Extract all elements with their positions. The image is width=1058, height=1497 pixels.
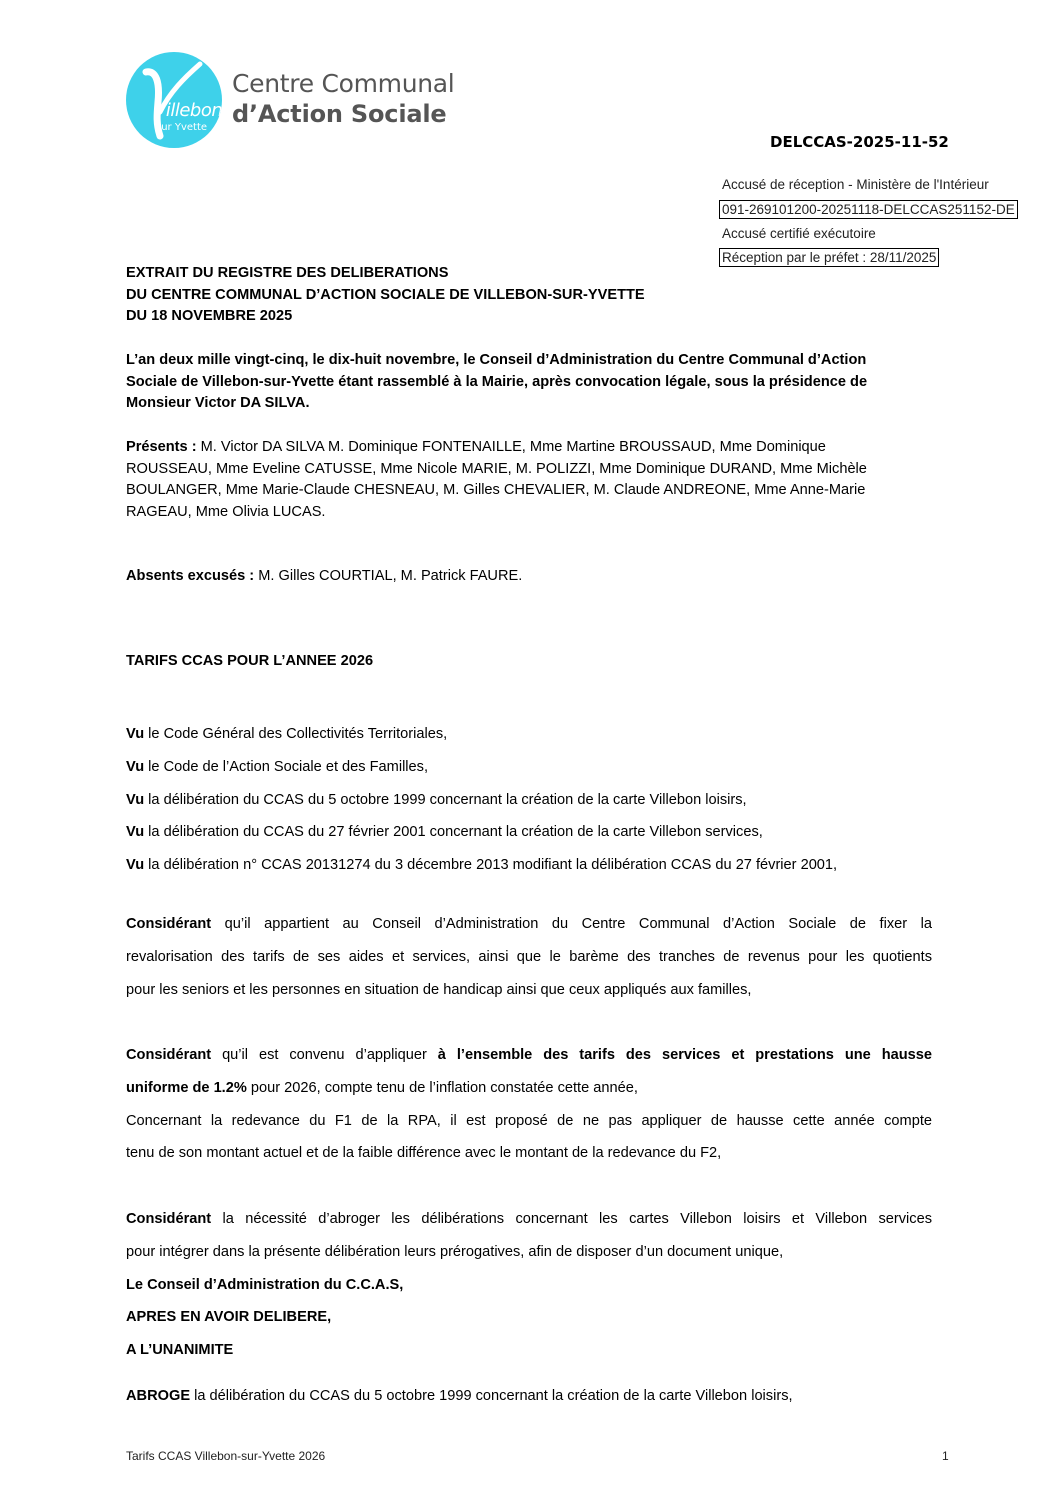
deliberation-reference: DELCCAS-2025-11-52	[770, 133, 949, 151]
abroge-article: ABROGE la délibération du CCAS du 5 octo…	[126, 1388, 932, 1404]
presents-text: ROUSSEAU, Mme Eveline CATUSSE, Mme Nicol…	[126, 459, 932, 481]
stamp-receipt-id: 091-269101200-20251118-DELCCAS251152-DE	[719, 200, 1018, 219]
presents-text: BOULANGER, Mme Marie-Claude CHESNEAU, M.…	[126, 480, 932, 502]
considerant-paragraph: Considérant la nécessité d’abroger les d…	[126, 1203, 932, 1367]
document-heading: EXTRAIT DU REGISTRE DES DELIBERATIONS DU…	[126, 263, 932, 328]
logo-town-subtitle: sur Yvette	[156, 122, 207, 133]
presents-label: Présents :	[126, 439, 197, 455]
presents-text: RAGEAU, Mme Olivia LUCAS.	[126, 502, 932, 524]
attendees-absent: Absents excusés : M. Gilles COURTIAL, M.…	[126, 566, 932, 588]
logo-town-name: Villebon	[154, 100, 222, 121]
absents-text: M. Gilles COURTIAL, M. Patrick FAURE.	[254, 568, 522, 584]
legal-references: Vu le Code Général des Collectivités Ter…	[126, 718, 932, 882]
legal-reference-item: Vu la délibération n° CCAS 20131274 du 3…	[126, 849, 932, 882]
absents-label: Absents excusés :	[126, 568, 254, 584]
legal-reference-item: Vu la délibération du CCAS du 27 février…	[126, 816, 932, 849]
legal-reference-item: Vu le Code Général des Collectivités Ter…	[126, 718, 932, 751]
org-name-line2: d’Action Sociale	[232, 100, 446, 128]
legal-reference-item: Vu la délibération du CCAS du 5 octobre …	[126, 784, 932, 817]
decision-line: APRES EN AVOIR DELIBERE,	[126, 1301, 932, 1334]
stamp-certified-label: Accusé certifié exécutoire	[722, 226, 876, 241]
heading-line: EXTRAIT DU REGISTRE DES DELIBERATIONS	[126, 263, 932, 285]
abroge-label: ABROGE	[126, 1388, 190, 1404]
subject-title: TARIFS CCAS POUR L’ANNEE 2026	[126, 653, 932, 669]
presents-text: M. Victor DA SILVA M. Dominique FONTENAI…	[197, 439, 826, 455]
org-name-line1: Centre Communal	[232, 69, 454, 98]
legal-reference-item: Vu le Code de l’Action Sociale et des Fa…	[126, 751, 932, 784]
page-footer: Tarifs CCAS Villebon-sur-Yvette 2026	[126, 1449, 325, 1463]
meeting-intro: L’an deux mille vingt-cinq, le dix-huit …	[126, 350, 932, 415]
heading-line: DU 18 NOVEMBRE 2025	[126, 306, 932, 328]
intro-line: Sociale de Villebon-sur-Yvette étant ras…	[126, 372, 932, 394]
considerant-paragraph: Considérant qu’il appartient au Conseil …	[126, 908, 932, 1006]
abroge-text: la délibération du CCAS du 5 octobre 199…	[190, 1388, 793, 1404]
decision-line: A L’UNANIMITE	[126, 1334, 932, 1367]
heading-line: DU CENTRE COMMUNAL D’ACTION SOCIALE DE V…	[126, 285, 932, 307]
intro-line: Monsieur Victor DA SILVA.	[126, 393, 932, 415]
intro-line: L’an deux mille vingt-cinq, le dix-huit …	[126, 350, 932, 372]
attendees-present: Présents : M. Victor DA SILVA M. Dominiq…	[126, 437, 932, 523]
page-number: 1	[942, 1449, 949, 1463]
ccas-logo-emblem: Villebon sur Yvette	[126, 52, 222, 148]
stamp-receipt-label: Accusé de réception - Ministère de l'Int…	[722, 177, 989, 192]
decision-line: Le Conseil d’Administration du C.C.A.S,	[126, 1269, 932, 1302]
considerant-paragraph: Considérant qu’il est convenu d’applique…	[126, 1039, 932, 1170]
